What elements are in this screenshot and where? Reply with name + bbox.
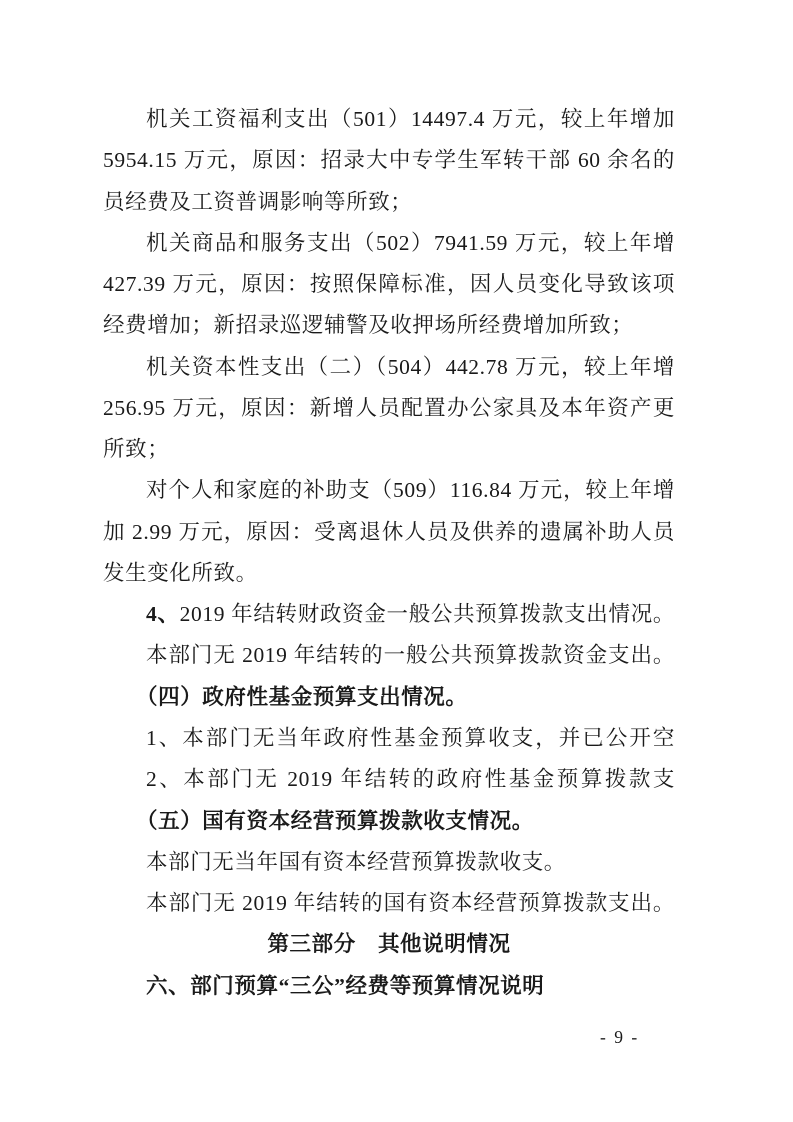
text-line: 机关工资福利支出（501）14497.4 万元，较上年增加 xyxy=(103,99,675,140)
document-content: 机关工资福利支出（501）14497.4 万元，较上年增加5954.15 万元，… xyxy=(103,99,675,1007)
heading-line: 第三部分 其他说明情况 xyxy=(103,924,675,965)
text-line: 4、2019 年结转财政资金一般公共预算拨款支出情况。 xyxy=(103,594,675,635)
text-line: 经费增加；新招录巡逻辅警及收押场所经费增加所致； xyxy=(103,305,675,346)
document-page: 机关工资福利支出（501）14497.4 万元，较上年增加5954.15 万元，… xyxy=(0,0,793,1122)
text-line: 本部门无 2019 年结转的国有资本经营预算拨款支出。 xyxy=(103,883,675,924)
text-line: 员经费及工资普调影响等所致； xyxy=(103,182,675,223)
page-number: - 9 - xyxy=(600,1027,639,1048)
heading-line: 六、部门预算“三公”经费等预算情况说明 xyxy=(103,966,675,1007)
heading-line: （四）政府性基金预算支出情况。 xyxy=(103,677,675,718)
text-line: 机关商品和服务支出（502）7941.59 万元，较上年增加 xyxy=(103,223,675,264)
heading-line: （五）国有资本经营预算拨款收支情况。 xyxy=(103,801,675,842)
text-line: 256.95 万元，原因：新增人员配置办公家具及本年资产更新 xyxy=(103,388,675,429)
text-line: 2、本部门无 2019 年结转的政府性基金预算拨款支出。 xyxy=(103,759,675,800)
text-line: 对个人和家庭的补助支（509）116.84 万元，较上年增 xyxy=(103,470,675,511)
text-line: 1、本部门无当年政府性基金预算收支，并已公开空表。 xyxy=(103,718,675,759)
text-line: 本部门无当年国有资本经营预算拨款收支。 xyxy=(103,842,675,883)
text-line: 5954.15 万元，原因：招录大中专学生军转干部 60 余名的人 xyxy=(103,140,675,181)
text-line: 427.39 万元，原因：按照保障标准，因人员变化导致该项目 xyxy=(103,264,675,305)
text-line: 本部门无 2019 年结转的一般公共预算拨款资金支出。 xyxy=(103,635,675,676)
text-line: 机关资本性支出（二）（504）442.78 万元，较上年增加 xyxy=(103,347,675,388)
text-line: 加 2.99 万元，原因：受离退休人员及供养的遗属补助人员 xyxy=(103,512,675,553)
list-number-bold: 4、 xyxy=(146,602,180,626)
text-line: 所致； xyxy=(103,429,675,470)
text-line: 发生变化所致。 xyxy=(103,553,675,594)
